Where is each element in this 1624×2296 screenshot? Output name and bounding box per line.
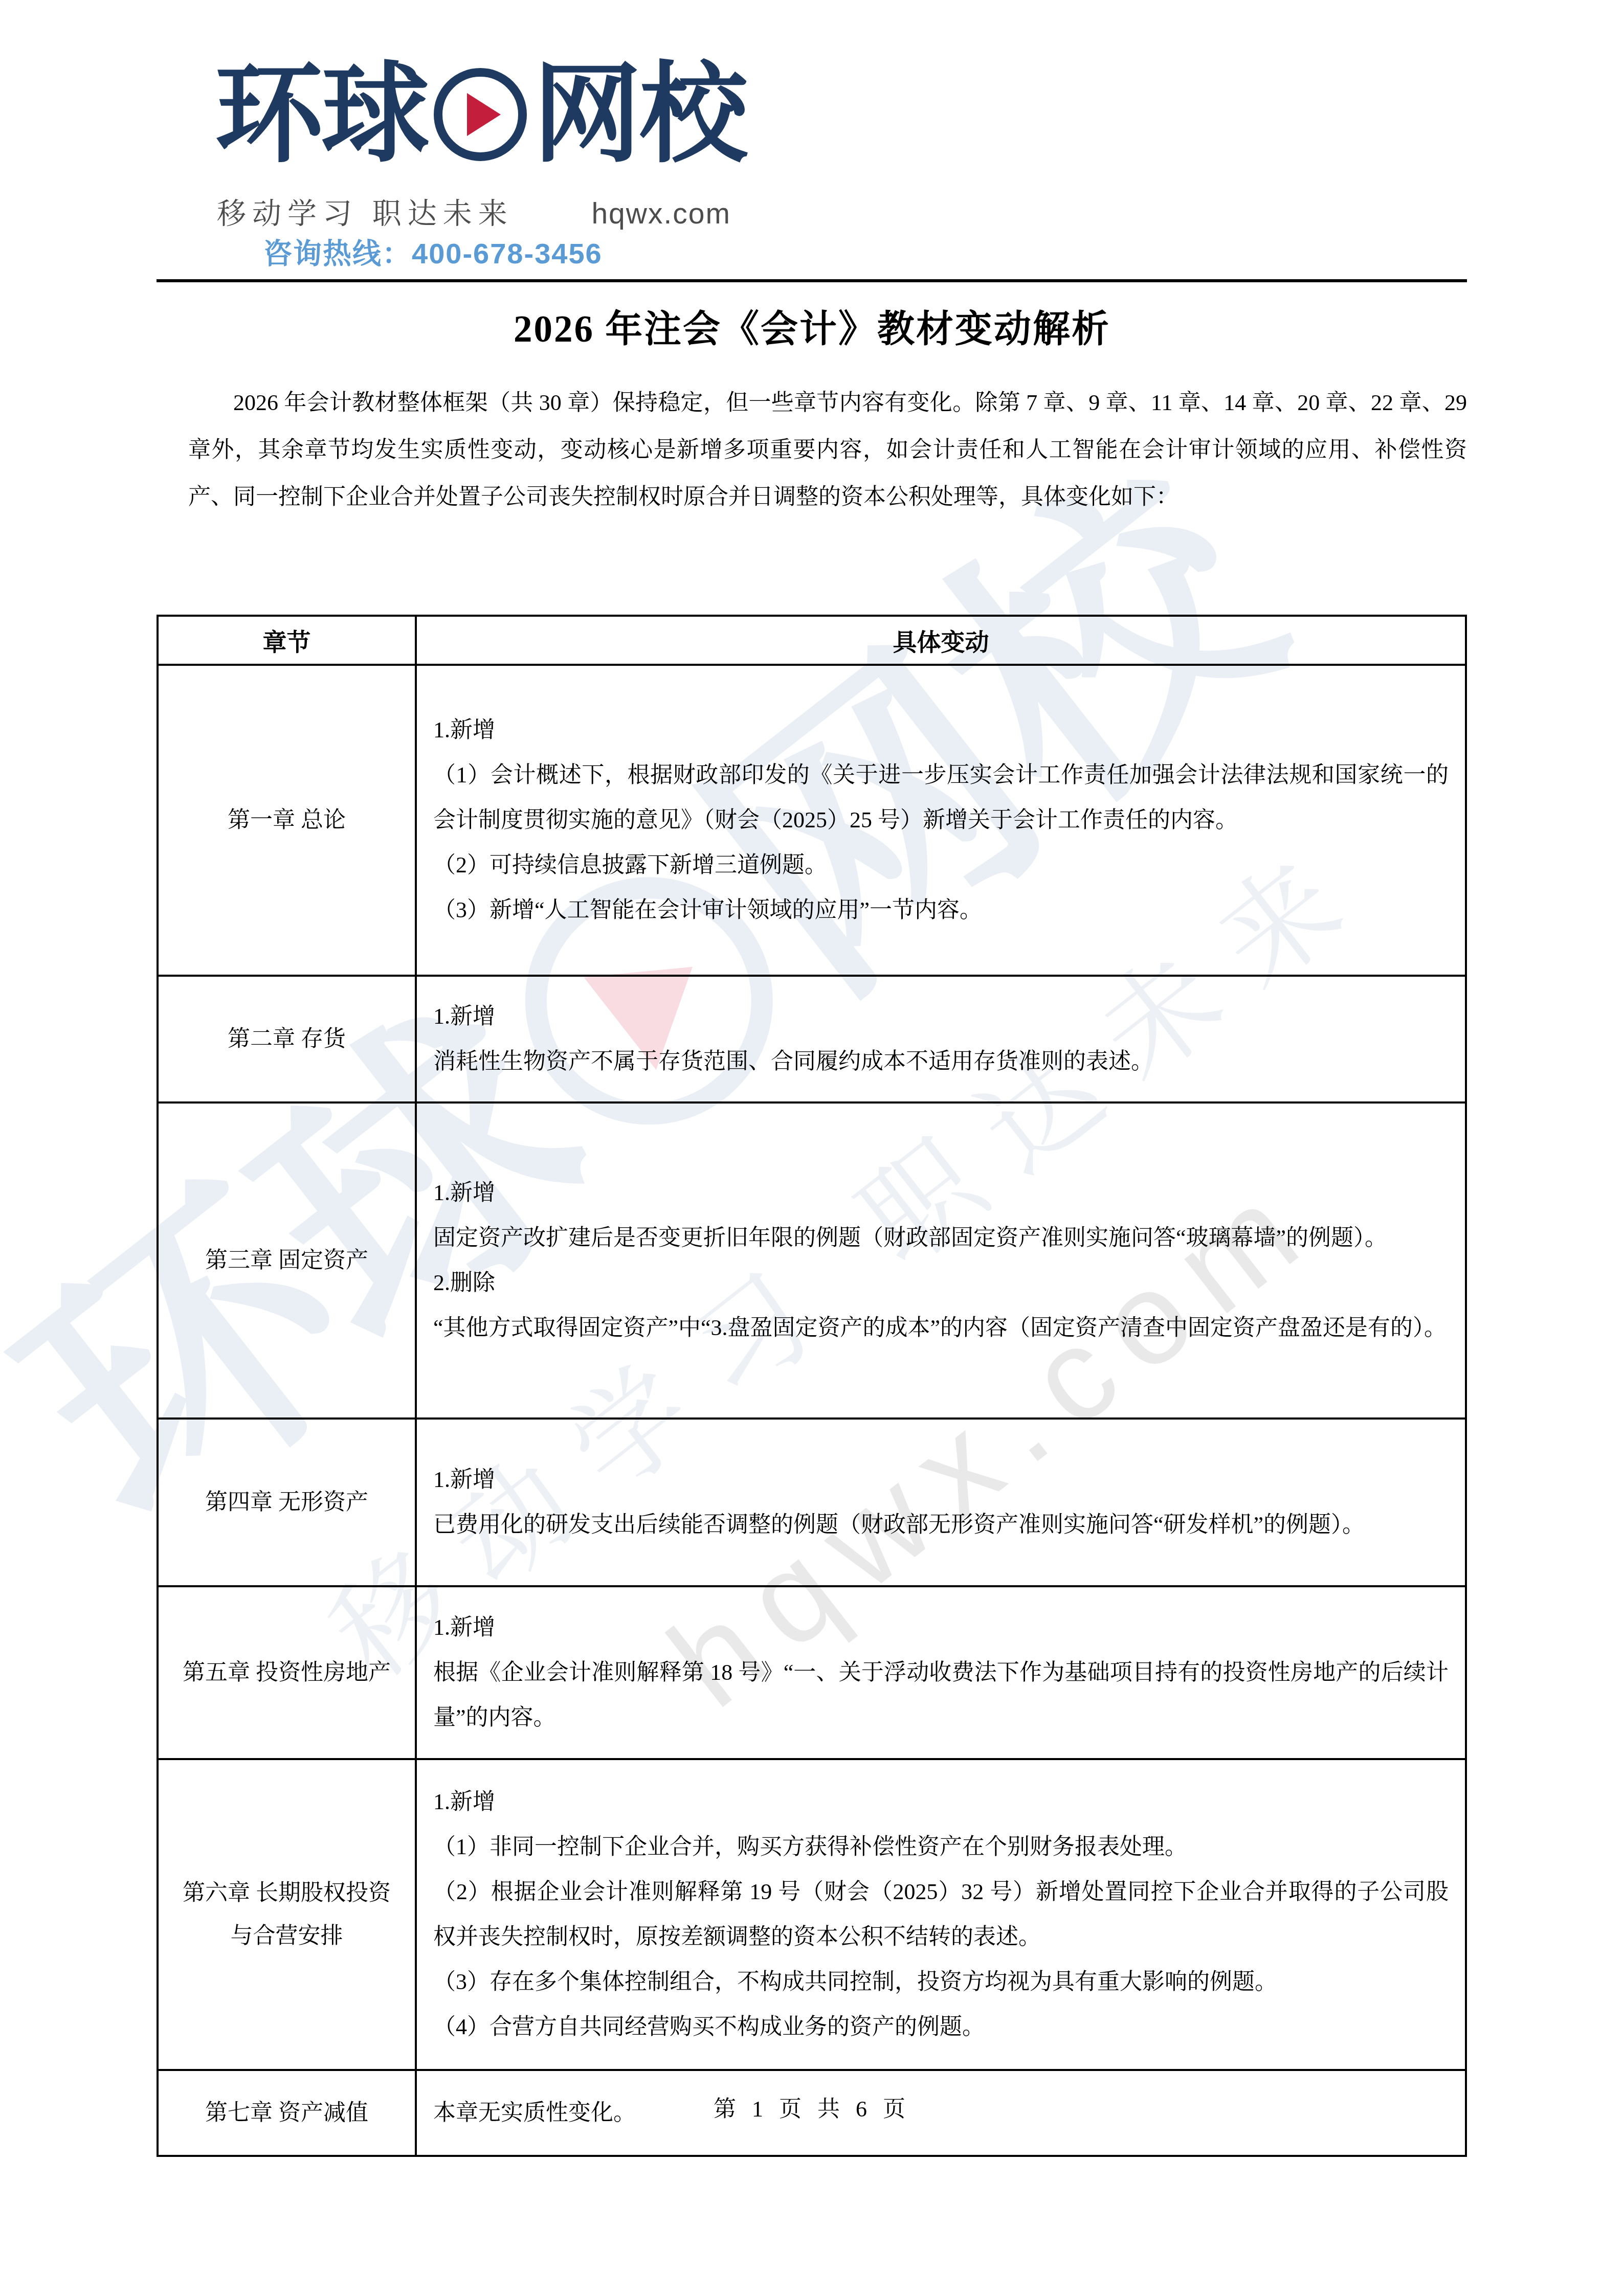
page-number: 第 1 页 共 6 页 — [0, 2090, 1624, 2123]
table-row: 第二章 存货 1.新增 消耗性生物资产不属于存货范围、合同履约成本不适用存货准则… — [158, 976, 1466, 1102]
chapter-cell: 第三章 固定资产 — [158, 1102, 416, 1419]
change-item: （2）根据企业会计准则解释第 19 号（财会（2025）32 号）新增处置同控下… — [433, 1870, 1449, 1960]
change-item: 1.新增 — [433, 1780, 1449, 1825]
change-item: （2）可持续信息披露下新增三道例题。 — [433, 843, 1449, 888]
change-item: 已费用化的研发支出后续能否调整的例题（财政部无形资产准则实施问答“研发样机”的例… — [433, 1502, 1449, 1547]
chapter-cell: 第四章 无形资产 — [158, 1419, 416, 1586]
table-row: 第五章 投资性房地产 1.新增 根据《企业会计准则解释第 18 号》“一、关于浮… — [158, 1586, 1466, 1759]
table-row: 第六章 长期股权投资与合营安排 1.新增 （1）非同一控制下企业合并，购买方获得… — [158, 1759, 1466, 2070]
change-item: （1）会计概述下，根据财政部印发的《关于进一步压实会计工作责任加强会计法律法规和… — [433, 753, 1449, 843]
change-item: 1.新增 — [433, 1457, 1449, 1502]
chapter-cell: 第一章 总论 — [158, 665, 416, 976]
brand-slogan: 移动学习 职达未来 — [217, 190, 514, 232]
table-row: 第三章 固定资产 1.新增 固定资产改扩建后是否变更折旧年限的例题（财政部固定资… — [158, 1102, 1466, 1419]
changes-cell: 1.新增 （1）会计概述下，根据财政部印发的《关于进一步压实会计工作责任加强会计… — [416, 665, 1466, 976]
change-item: 根据《企业会计准则解释第 18 号》“一、关于浮动收费法下作为基础项目持有的投资… — [433, 1650, 1449, 1740]
hotline: 咨询热线：400-678-3456 — [263, 231, 603, 272]
change-item: （3）存在多个集体控制组合，不构成共同控制，投资方均视为具有重大影响的例题。 — [433, 1960, 1449, 2005]
change-item: （1）非同一控制下企业合并，购买方获得补偿性资产在个别财务报表处理。 — [433, 1825, 1449, 1870]
intro-paragraph: 2026 年会计教材整体框架（共 30 章）保持稳定，但一些章节内容有变化。除第… — [188, 379, 1467, 521]
table-header-row: 章节 具体变动 — [158, 616, 1466, 665]
changes-cell: 1.新增 根据《企业会计准则解释第 18 号》“一、关于浮动收费法下作为基础项目… — [416, 1586, 1466, 1759]
change-item: （3）新增“人工智能在会计审计领域的应用”一节内容。 — [433, 888, 1449, 933]
change-item: 1.新增 — [433, 994, 1449, 1039]
changes-cell: 1.新增 固定资产改扩建后是否变更折旧年限的例题（财政部固定资产准则实施问答“玻… — [416, 1102, 1466, 1419]
changes-cell: 1.新增 已费用化的研发支出后续能否调整的例题（财政部无形资产准则实施问答“研发… — [416, 1419, 1466, 1586]
change-item: 消耗性生物资产不属于存货范围、合同履约成本不适用存货准则的表述。 — [433, 1039, 1449, 1084]
brand-logo: 环球 网校 — [215, 60, 746, 169]
column-header-changes: 具体变动 — [416, 616, 1466, 665]
header-divider — [157, 279, 1467, 282]
brand-logo-left-text: 环球 — [215, 60, 428, 169]
changes-cell: 1.新增 消耗性生物资产不属于存货范围、合同履约成本不适用存货准则的表述。 — [416, 976, 1466, 1102]
chapter-cell: 第六章 长期股权投资与合营安排 — [158, 1759, 416, 2070]
change-item: “其他方式取得固定资产”中“3.盘盈固定资产的成本”的内容（固定资产清查中固定资… — [433, 1305, 1449, 1350]
change-item: 2.删除 — [433, 1260, 1449, 1305]
table-row: 第四章 无形资产 1.新增 已费用化的研发支出后续能否调整的例题（财政部无形资产… — [158, 1419, 1466, 1586]
change-item: 1.新增 — [433, 708, 1449, 753]
chapter-cell: 第五章 投资性房地产 — [158, 1586, 416, 1759]
changes-cell: 1.新增 （1）非同一控制下企业合并，购买方获得补偿性资产在个别财务报表处理。 … — [416, 1759, 1466, 2070]
brand-logo-right-text: 网校 — [533, 60, 746, 169]
column-header-chapter: 章节 — [158, 616, 416, 665]
hotline-number: 400-678-3456 — [412, 237, 603, 269]
page-title: 2026 年注会《会计》教材变动解析 — [0, 299, 1624, 352]
change-item: 固定资产改扩建后是否变更折旧年限的例题（财政部固定资产准则实施问答“玻璃幕墙”的… — [433, 1215, 1449, 1260]
brand-tagline-row: 移动学习 职达未来 hqwx.com — [217, 190, 731, 232]
hotline-label: 咨询热线： — [263, 237, 412, 269]
changes-table: 章节 具体变动 第一章 总论 1.新增 （1）会计概述下，根据财政部印发的《关于… — [157, 615, 1467, 2157]
logo-play-icon — [434, 68, 527, 161]
change-item: 1.新增 — [433, 1605, 1449, 1650]
brand-site-url: hqwx.com — [591, 197, 731, 231]
chapter-cell: 第二章 存货 — [158, 976, 416, 1102]
change-item: 1.新增 — [433, 1170, 1449, 1215]
table-row: 第一章 总论 1.新增 （1）会计概述下，根据财政部印发的《关于进一步压实会计工… — [158, 665, 1466, 976]
change-item: （4）合营方自共同经营购买不构成业务的资产的例题。 — [433, 2005, 1449, 2050]
